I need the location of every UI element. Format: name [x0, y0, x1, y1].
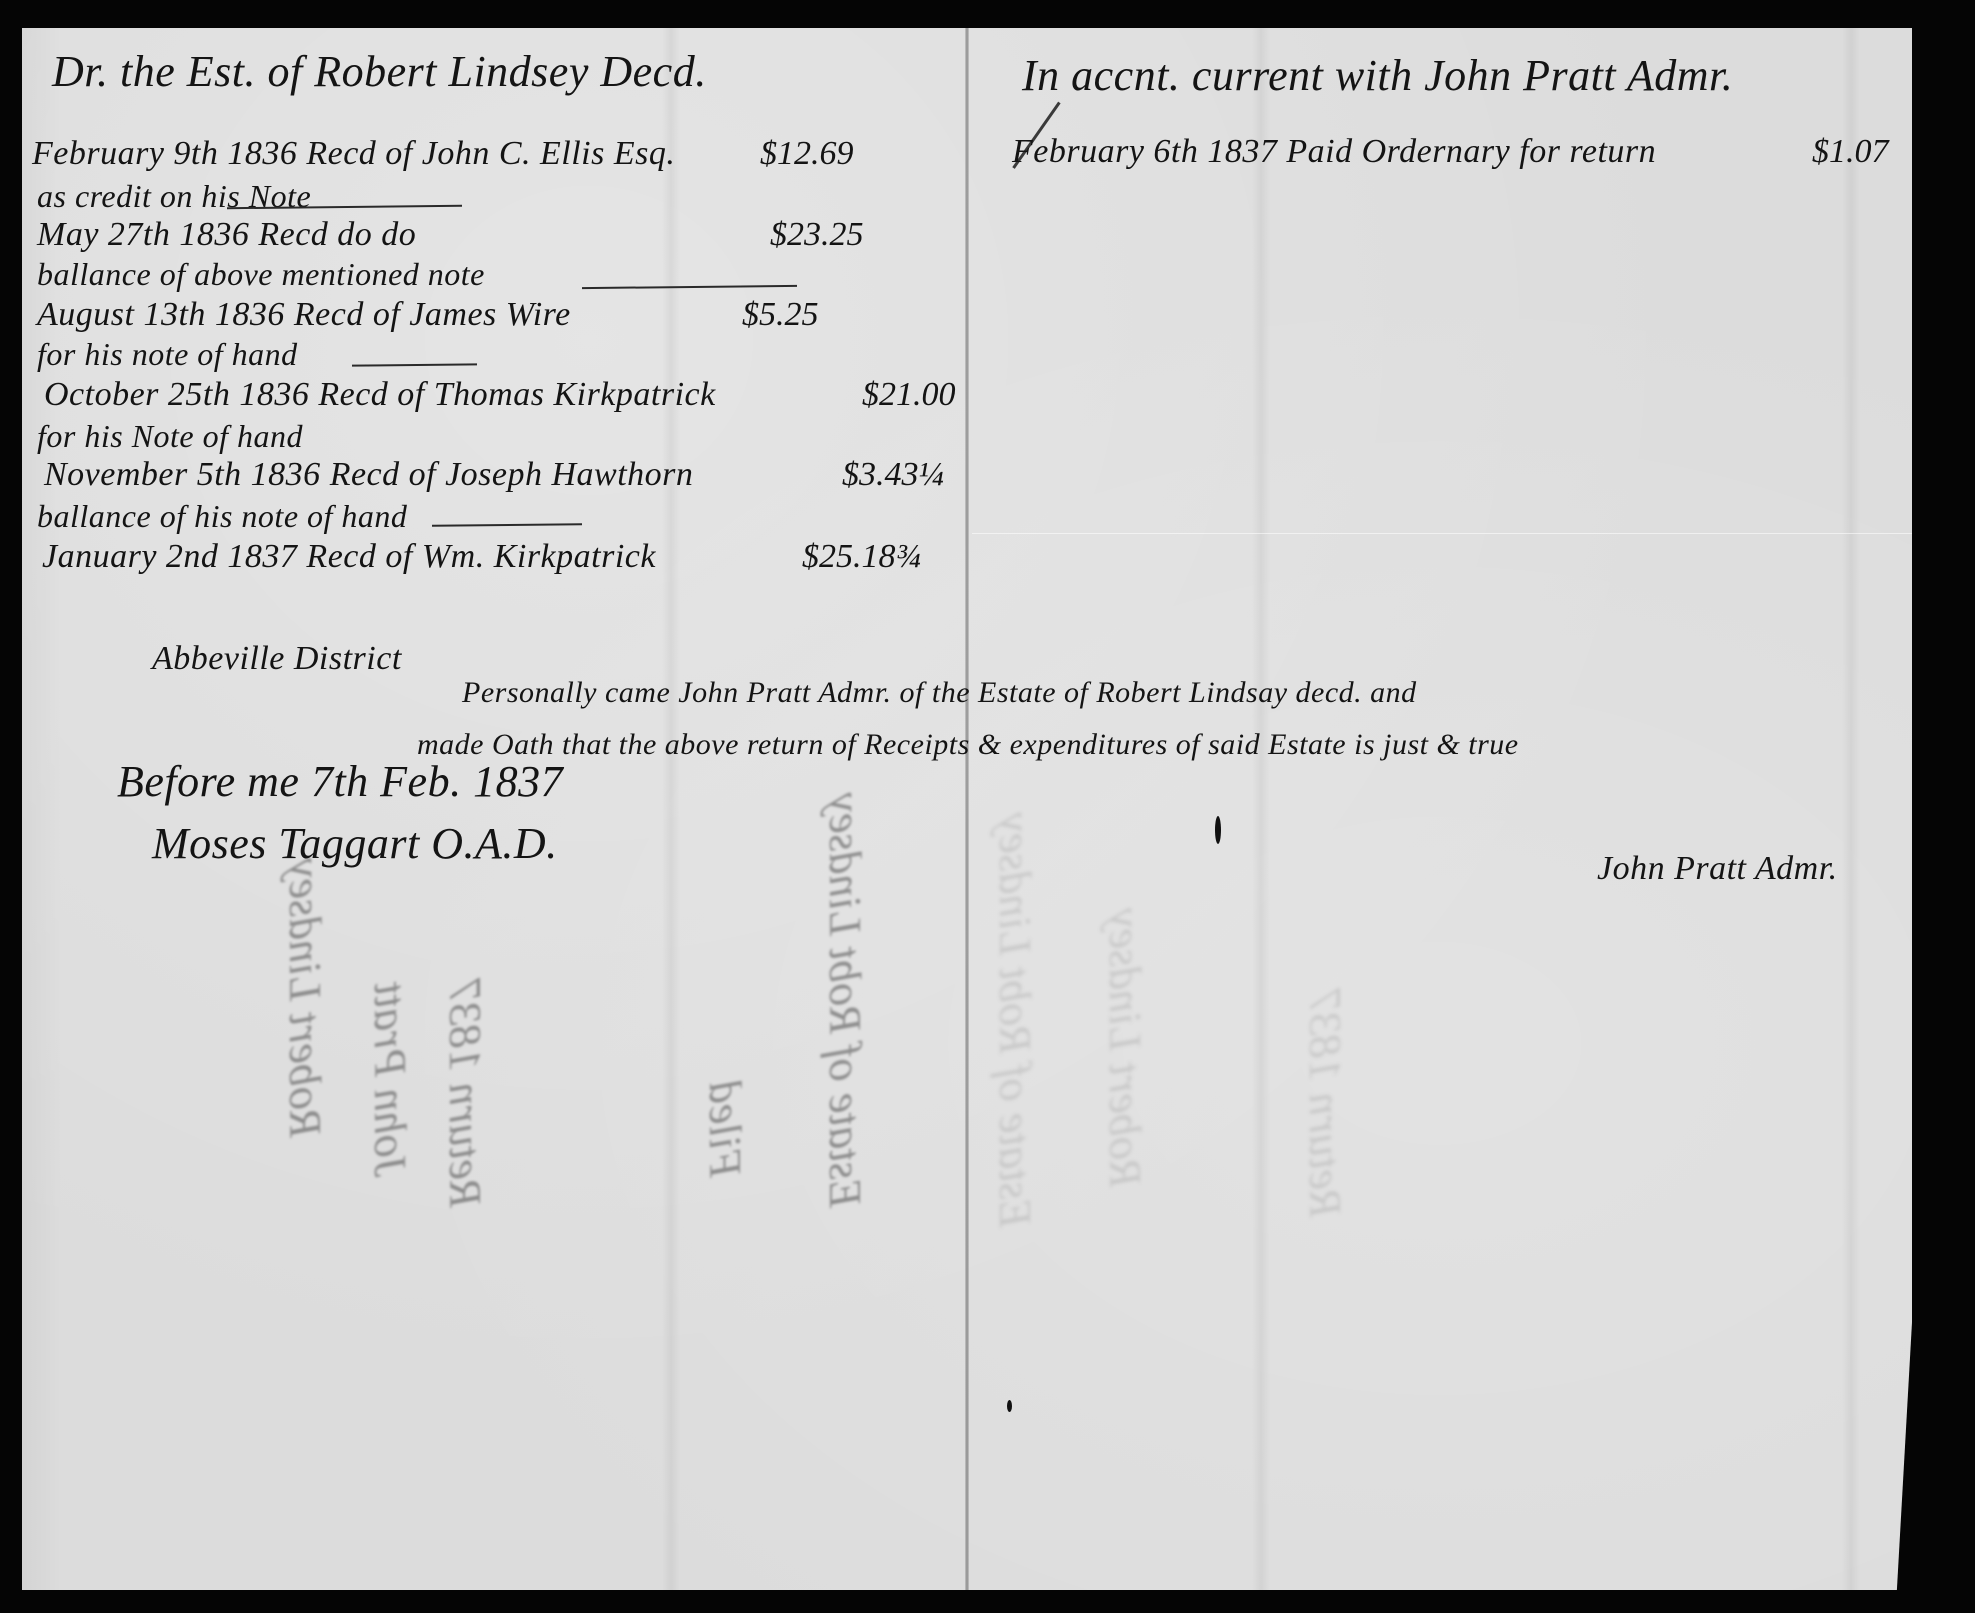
- entry-4-line: October 25th 1836 Recd of Thomas Kirkpat…: [44, 376, 716, 414]
- line-filler: [432, 523, 582, 527]
- line-filler: [582, 285, 797, 289]
- oath-line-2: made Oath that the above return of Recei…: [417, 728, 1519, 762]
- right-entry-1-line: February 6th 1837 Paid Ordernary for ret…: [1012, 133, 1656, 171]
- left-page-header: Dr. the Est. of Robert Lindsey Decd.: [52, 46, 707, 97]
- line-filler: [352, 363, 477, 366]
- entry-date: August 13th 1836: [37, 296, 285, 333]
- jurat-date: Before me 7th Feb. 1837: [117, 756, 563, 807]
- bleed-through-text: Estate of Robt Lindsey: [819, 793, 872, 1208]
- entry-text: Recd of Wm. Kirkpatrick: [306, 538, 656, 575]
- paper-crease: [1842, 28, 1860, 1590]
- entry-text: Recd of James Wire: [294, 296, 571, 333]
- entry-amount: $25.18¾: [802, 538, 921, 576]
- entry-1-line: February 9th 1836 Recd of John C. Ellis …: [32, 135, 675, 173]
- entry-3-line: August 13th 1836 Recd of James Wire: [37, 296, 571, 334]
- entry-amount: $1.07: [1812, 133, 1889, 171]
- entry-text: Recd of John C. Ellis Esq.: [306, 135, 675, 172]
- ink-speck: [1007, 1400, 1012, 1412]
- right-page-header: In accnt. current with John Pratt Admr.: [1022, 50, 1733, 101]
- bleed-through-text: Filed: [699, 1081, 752, 1178]
- entry-text: Recd of Thomas Kirkpatrick: [318, 376, 715, 413]
- bleed-through-text: Return 1837: [439, 979, 492, 1208]
- entry-amount: $12.69: [760, 135, 854, 173]
- entry-date: October 25th 1836: [44, 376, 309, 413]
- entry-6-line: January 2nd 1837 Recd of Wm. Kirkpatrick: [42, 538, 656, 576]
- entry-note: for his Note of hand: [37, 418, 303, 455]
- center-fold-line: [965, 28, 969, 1590]
- entry-date: January 2nd 1837: [42, 538, 297, 575]
- entry-2-line: May 27th 1836 Recd do do: [37, 216, 416, 254]
- entry-amount: $23.25: [770, 216, 864, 254]
- district-label: Abbeville District: [152, 640, 402, 678]
- officer-signature: Moses Taggart O.A.D.: [152, 818, 558, 869]
- entry-amount: $21.00: [862, 376, 956, 414]
- document-page: Robert Lindsey John Pratt Return 1837 Fi…: [22, 28, 1912, 1590]
- oath-line-1: Personally came John Pratt Admr. of the …: [462, 676, 1417, 710]
- entry-text: Recd of Joseph Hawthorn: [330, 456, 694, 493]
- entry-amount: $3.43¼: [842, 456, 944, 494]
- administrator-signature: John Pratt Admr.: [1597, 850, 1838, 888]
- bleed-through-text: Robert Lindsey: [1099, 908, 1152, 1188]
- entry-date: February 6th 1837: [1012, 133, 1277, 170]
- entry-date: May 27th 1836: [37, 216, 249, 253]
- bleed-through-text: John Pratt: [364, 983, 417, 1178]
- entry-date: November 5th 1836: [44, 456, 321, 493]
- entry-note: for his note of hand: [37, 336, 298, 373]
- scan-artifact-line: [972, 533, 1912, 534]
- entry-text: Paid Ordernary for return: [1286, 133, 1656, 170]
- entry-5-line: November 5th 1836 Recd of Joseph Hawthor…: [44, 456, 693, 494]
- entry-amount: $5.25: [742, 296, 819, 334]
- entry-note: as credit on his Note: [37, 178, 311, 215]
- entry-date: February 9th 1836: [32, 135, 297, 172]
- paper-crease: [1252, 28, 1270, 1590]
- entry-note: ballance of his note of hand: [37, 498, 407, 535]
- bleed-through-text: Robert Lindsey: [279, 858, 332, 1138]
- entry-text: Recd do do: [258, 216, 416, 253]
- entry-note: ballance of above mentioned note: [37, 256, 485, 293]
- bleed-through-text: Return 1837: [1299, 989, 1352, 1218]
- paper-crease: [662, 28, 680, 1590]
- bleed-through-text: Estate of Robt Lindsey: [989, 813, 1042, 1228]
- ink-blot: [1215, 816, 1221, 844]
